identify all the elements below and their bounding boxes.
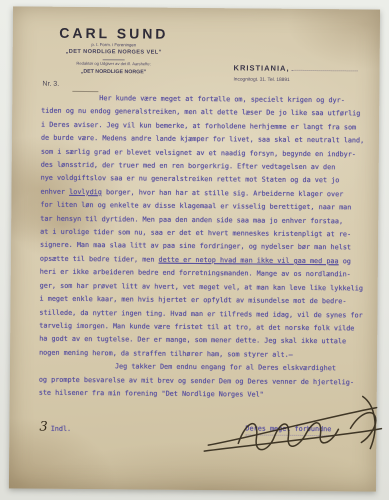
letterhead-publication: „DET NORDLIGE NORGE” bbox=[63, 69, 164, 75]
letterhead-divider bbox=[103, 59, 125, 60]
body-line-text: signere. Man maa slaa litt av paa sine f… bbox=[40, 241, 351, 252]
letter-body: Her kunde være meget at fortælle om, spe… bbox=[39, 92, 376, 403]
enclosure-note: 3Indl. bbox=[39, 418, 71, 436]
date-blank-rule bbox=[292, 64, 358, 72]
body-line-text: nye voldgiftslov saa er nu generalstreik… bbox=[41, 174, 340, 185]
letterhead-city: KRISTIANIA, bbox=[234, 63, 290, 72]
enclosure-label: Indl. bbox=[51, 425, 72, 433]
body-line-text: tiden og nu endog generalstreiken, men a… bbox=[41, 107, 360, 118]
body-line-text: de burde være. Medens andre lande kjæmpe… bbox=[41, 134, 364, 145]
body-line-text: borger, hvor han har at stille sig. Arbe… bbox=[102, 188, 343, 198]
body-line-text: at i urolige tider som nu, saa er det et… bbox=[40, 228, 351, 239]
letterhead-city-block: KRISTIANIA, Incognitogt. 31. Tel. 18891 bbox=[233, 57, 357, 84]
body-line-underlined-text: lovlydig bbox=[69, 188, 102, 196]
body-line-text: opsætte til bedre tider, men bbox=[40, 255, 159, 264]
body-line-text: tarvelig imorgen. Man kunde være fristet… bbox=[39, 322, 354, 333]
body-line-text: som i særlig grad er blevet velsignet av… bbox=[41, 147, 356, 158]
body-line-text: Jeg takker Dem endnu engang for al Deres… bbox=[115, 362, 336, 372]
body-line-text: og prompte besvarelse av mit brev og sen… bbox=[39, 375, 354, 386]
letterhead-role-line: p. t. Form. i Foreningen bbox=[66, 43, 163, 48]
letterhead-editor-line: Redaktør og Udgiver av det ill. Aarsheft… bbox=[68, 62, 159, 67]
body-line-text: stillede, da nytter ingen ting. Hvad man… bbox=[39, 308, 362, 319]
letter-paper: CARL SUND p. t. Form. i Foreningen „DET … bbox=[9, 6, 380, 491]
body-line-text: for liten løn og enkelte av disse klagem… bbox=[40, 201, 351, 212]
body-line-text: ha godt av en tugtelse. Der er mange, so… bbox=[39, 335, 346, 346]
enclosure-count-handwritten: 3 bbox=[39, 420, 47, 435]
body-line-text: tar hensyn til dyrtiden. Men paa den and… bbox=[40, 214, 343, 225]
body-line-text: ger, som har prøvet litt av hvert, vet m… bbox=[40, 281, 363, 292]
body-line-underlined-text: dette er netop hvad man ikke vil gaa med… bbox=[159, 256, 339, 266]
body-line-text: i meget enkle kaar, men hvis hjertet er … bbox=[40, 295, 347, 306]
letterhead: CARL SUND p. t. Form. i Foreningen „DET … bbox=[47, 25, 181, 77]
letterhead-organization: „DET NORDLIGE NORGES VEL” bbox=[60, 49, 167, 56]
letterhead-address: Incognitogt. 31. Tel. 18891 bbox=[233, 77, 332, 83]
handwritten-signature bbox=[202, 391, 385, 459]
body-line-text: Her kunde være meget at fortælle om, spe… bbox=[99, 94, 345, 104]
letter-number: Nr. 3. bbox=[42, 81, 59, 88]
body-line-text: des lønsstrid, der truer med en ren borg… bbox=[41, 161, 336, 172]
body-line-text: heri er ikke arbeideren bedre end forret… bbox=[40, 268, 351, 279]
body-line-text: nogen mening herom, da straffen tilhører… bbox=[39, 348, 293, 358]
body-line-text: og bbox=[339, 257, 351, 265]
body-line-text: enhver bbox=[40, 187, 69, 195]
letterhead-sender-name: CARL SUND bbox=[47, 25, 181, 42]
body-line-text: i Deres aviser. Jeg vil kun bemerke, at … bbox=[41, 120, 356, 131]
